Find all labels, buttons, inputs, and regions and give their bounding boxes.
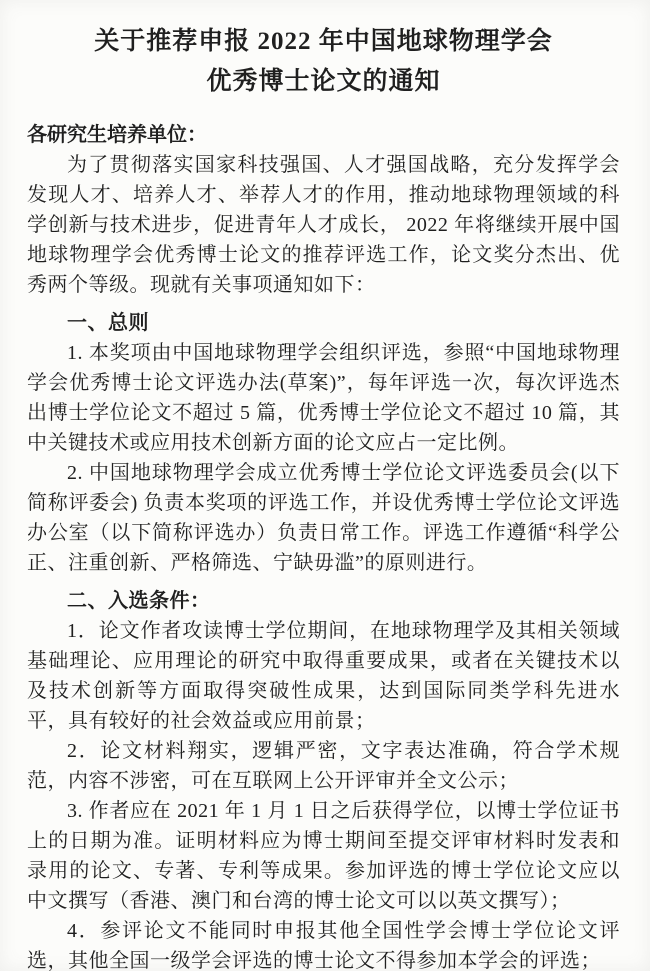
addressee-line: 各研究生培养单位： [27,120,620,150]
document-title: 关于推荐申报 2022 年中国地球物理学会 优秀博士论文的通知 [27,22,620,102]
section-2-paragraph-4: 4．参评论文不能同时申报其他全国性学会博士学位论文评选，其他全国一级学会评选的博… [27,916,620,971]
section-2-heading: 二、入选条件： [27,586,620,616]
section-2-paragraph-1: 1．论文作者攻读博士学位期间，在地球物理学及其相关领域基础理论、应用理论的研究中… [27,616,620,736]
section-1-paragraph-1: 1. 本奖项由中国地球物理学会组织评选，参照“中国地球物理学会优秀博士论文评选办… [27,338,620,458]
document-title-line-1: 关于推荐申报 2022 年中国地球物理学会 [27,22,620,62]
document-title-line-2: 优秀博士论文的通知 [27,62,620,102]
section-1-paragraph-2: 2. 中国地球物理学会成立优秀博士学位论文评选委员会(以下简称评委会) 负责本奖… [27,458,620,578]
notice-document-page: 关于推荐申报 2022 年中国地球物理学会 优秀博士论文的通知 各研究生培养单位… [0,0,650,971]
intro-paragraph: 为了贯彻落实国家科技强国、人才强国战略，充分发挥学会发现人才、培养人才、举荐人才… [27,150,620,300]
section-2-paragraph-3: 3. 作者应在 2021 年 1 月 1 日之后获得学位，以博士学位证书上的日期… [27,796,620,916]
section-1-heading: 一、总则 [27,308,620,338]
section-2-paragraph-2: 2．论文材料翔实，逻辑严密，文字表达准确，符合学术规范，内容不涉密，可在互联网上… [27,736,620,796]
